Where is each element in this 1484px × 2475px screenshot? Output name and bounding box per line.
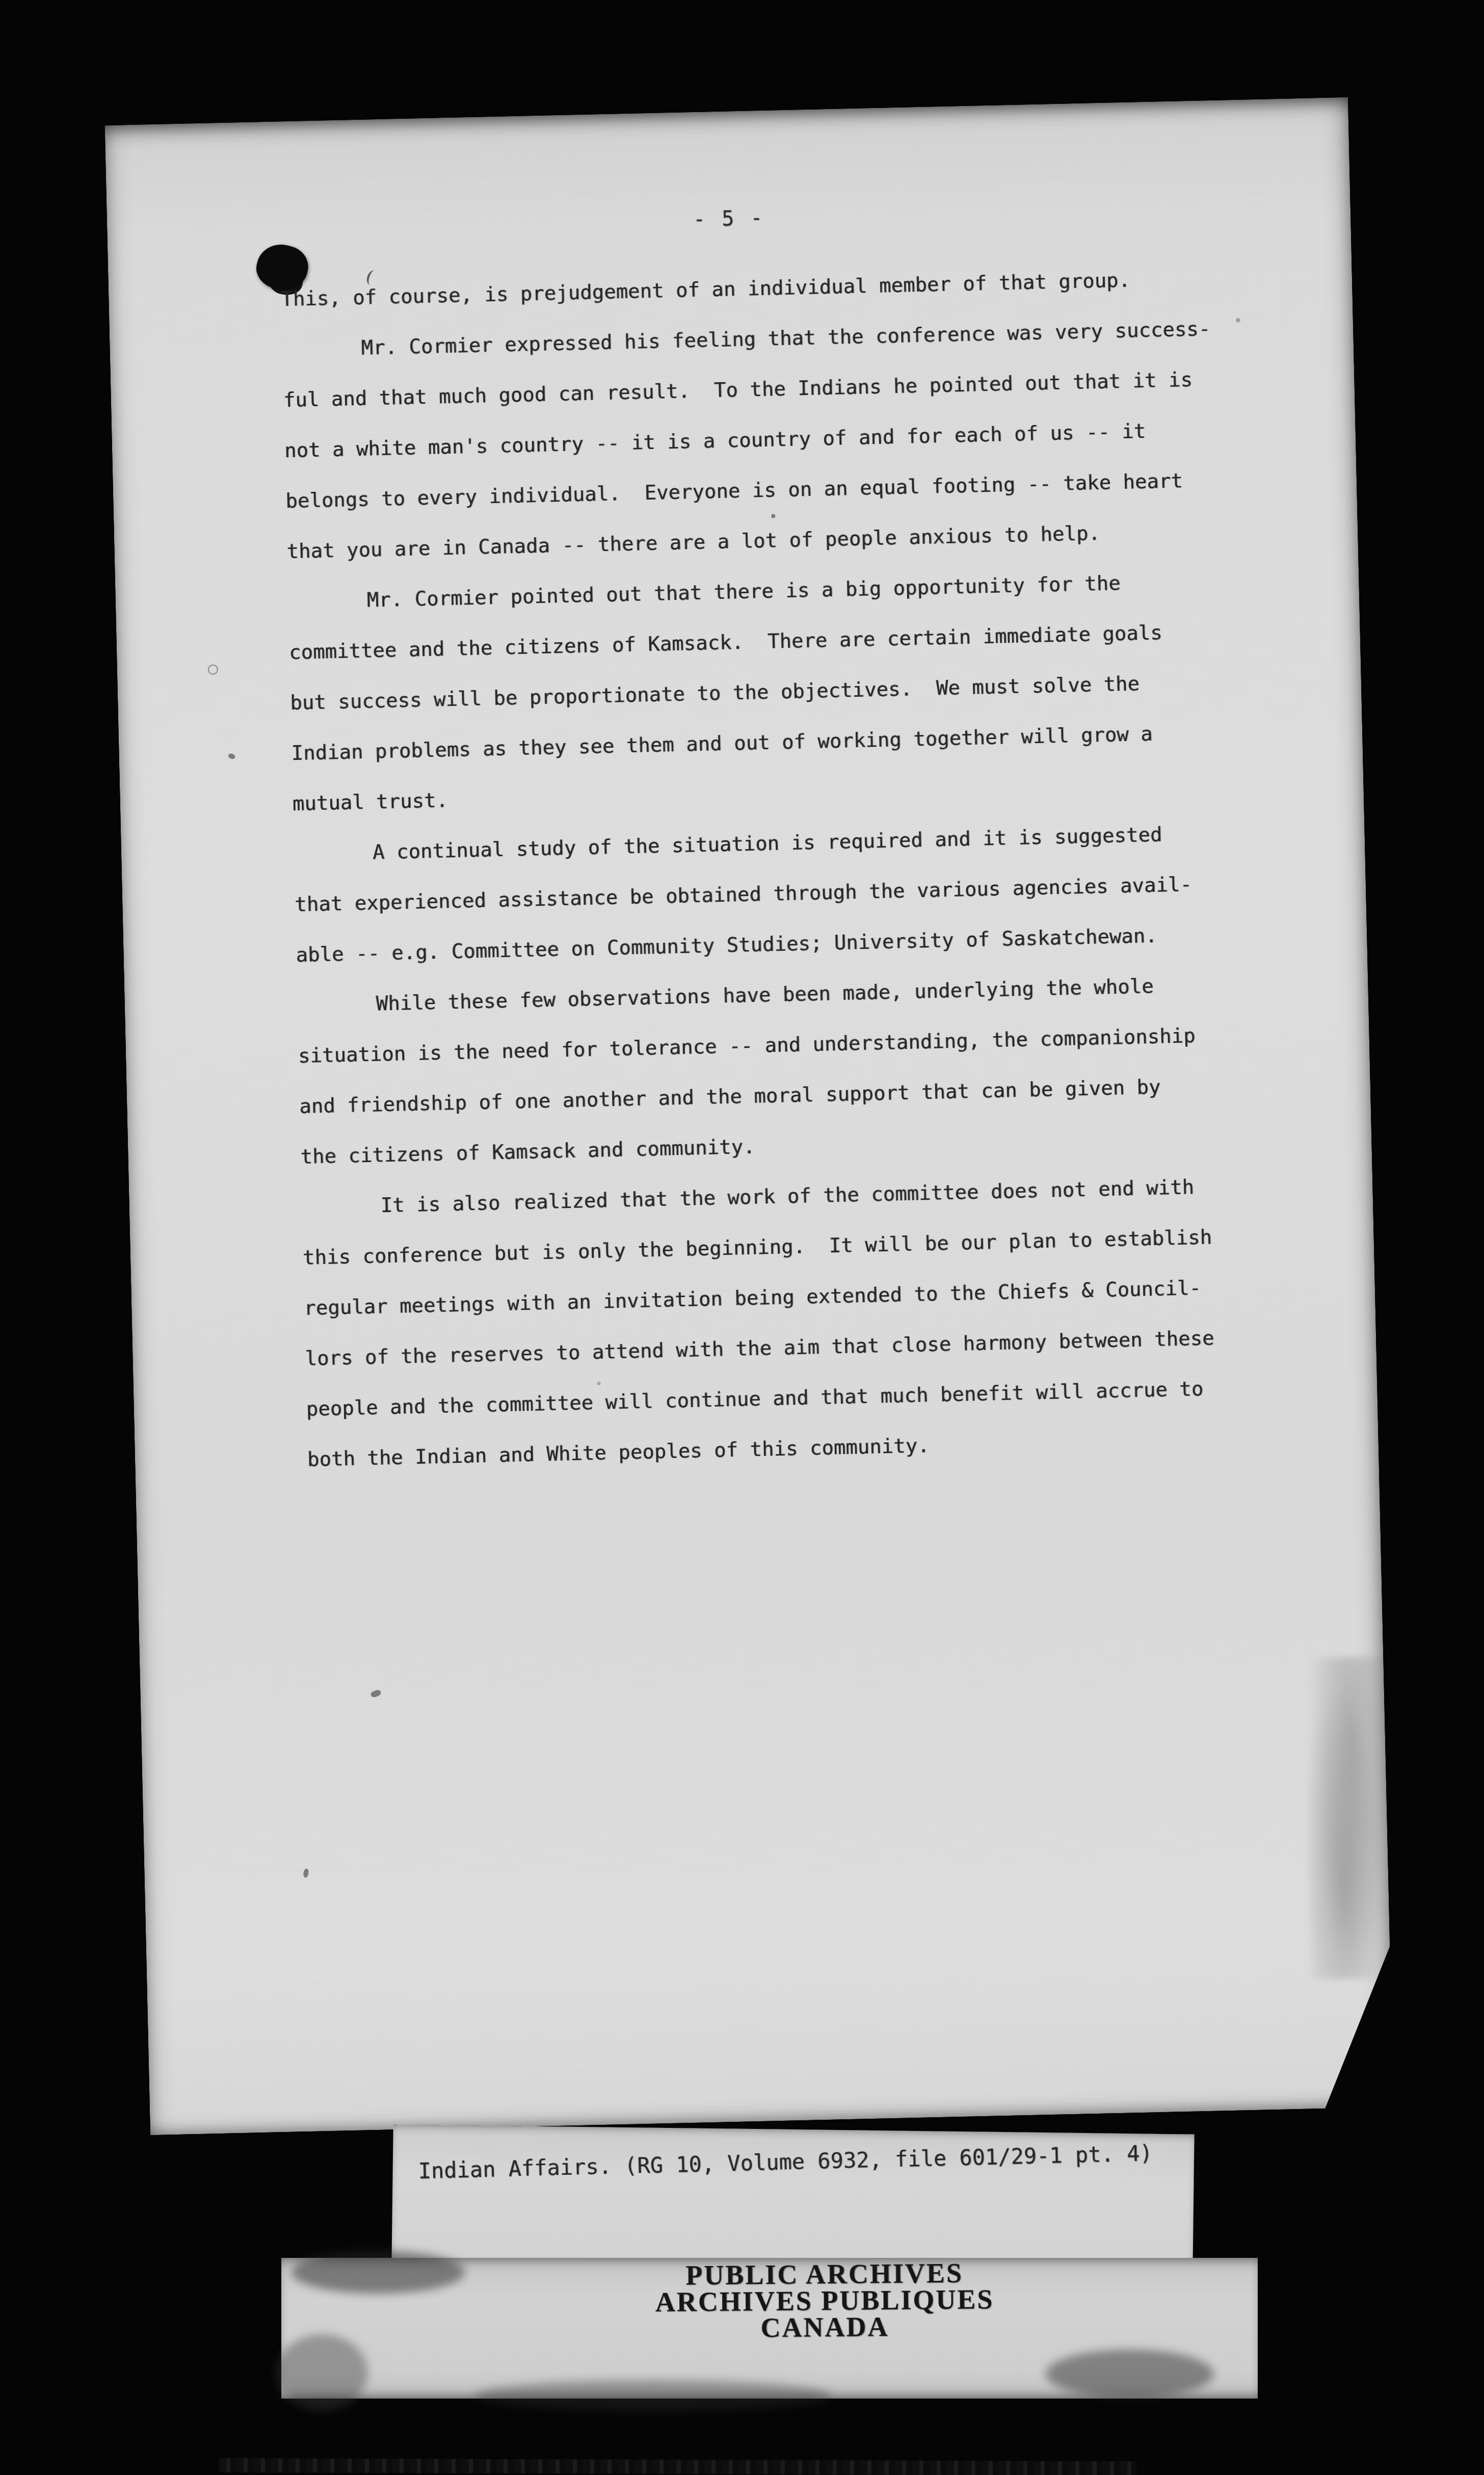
page-speck (208, 664, 218, 674)
page-speck (227, 753, 236, 760)
page-crease (1304, 1656, 1395, 1980)
scan-bottom-edge (219, 2458, 1136, 2475)
document-page: - 5 - This, of course, is prejudgement o… (105, 97, 1394, 2135)
archive-stamp: PUBLIC ARCHIVES ARCHIVES PUBLIQUES CANAD… (391, 2257, 1258, 2345)
ink-smudge (475, 2380, 832, 2411)
ink-smudge (1046, 2350, 1214, 2398)
typed-text: This, of course, is prejudgement of an i… (280, 252, 1276, 1485)
ink-smudge (276, 2334, 368, 2411)
reference-label: Indian Affairs. (RG 10, Volume 6932, fil… (391, 2124, 1194, 2276)
archive-stamp-strip: PUBLIC ARCHIVES ARCHIVES PUBLIQUES CANAD… (281, 2258, 1258, 2399)
reference-label-text: Indian Affairs. (RG 10, Volume 6932, fil… (418, 2140, 1173, 2183)
page-speck (370, 1689, 382, 1698)
page-number: - 5 - (693, 205, 826, 231)
page-speck (303, 1868, 309, 1878)
scan-background: - 5 - This, of course, is prejudgement o… (0, 0, 1484, 2475)
